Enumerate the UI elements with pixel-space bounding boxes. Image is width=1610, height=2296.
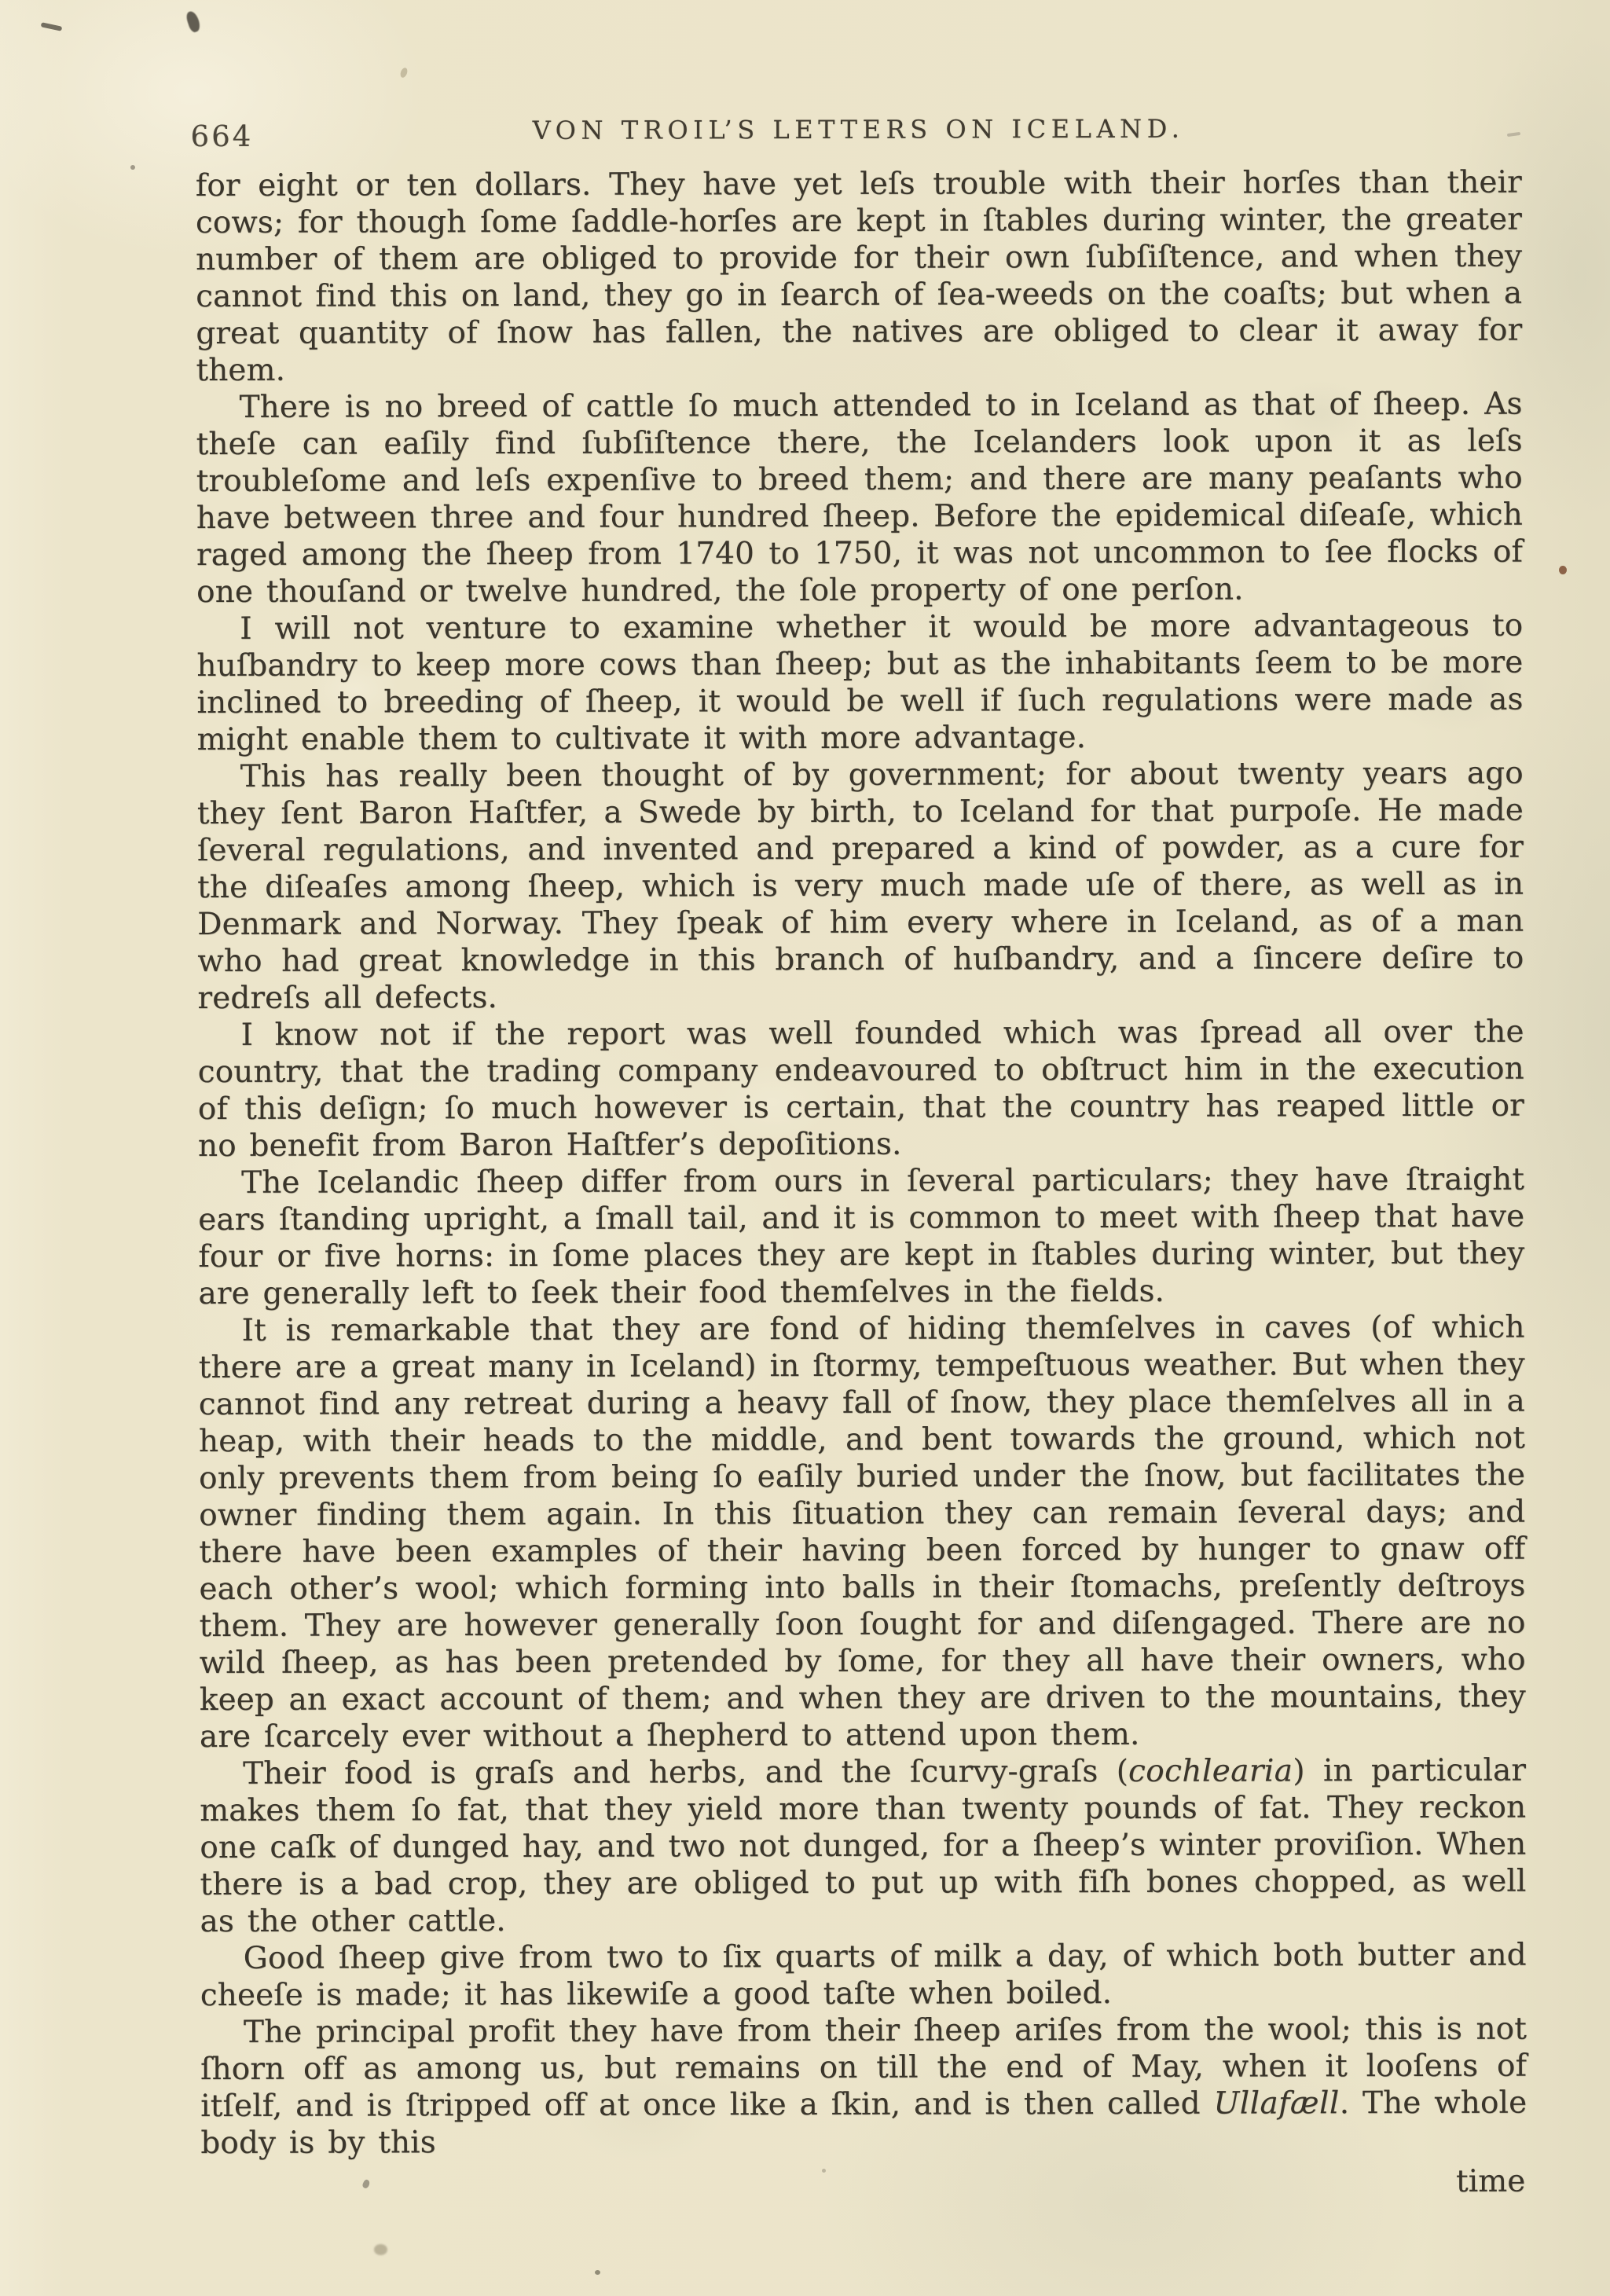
text-run: Their food is graſs and herbs, and the ſ… [243,1754,1128,1792]
paragraph: The principal profit they have from thei… [200,2011,1527,2162]
text-run: It is remarkable that they are fond of h… [199,1310,1526,1755]
paragraph: There is no breed of cattle ſo much atte… [196,386,1523,611]
text-run: This has really been thought of by gover… [197,756,1524,1016]
paragraph: for eight or ten dollars. They have yet … [196,164,1523,389]
text-run: I know not if the report was well founde… [198,1014,1524,1164]
text-block: for eight or ten dollars. They have yet … [196,164,1527,2203]
paragraph: This has really been thought of by gover… [197,755,1524,1017]
text-run: for eight or ten dollars. They have yet … [196,165,1523,388]
catchword: time [200,2163,1527,2203]
running-title: VON TROIL’S LETTERS ON ICELAND. [196,113,1522,146]
page-number: 664 [191,119,254,153]
paragraph: The Icelandic ſheep differ from ours in … [198,1161,1524,1312]
text-run: Good ſheep give from two to ſix quarts o… [200,1938,1527,2013]
paragraph: Good ſheep give from two to ſix quarts o… [200,1937,1527,2014]
book-page: 664 VON TROIL’S LETTERS ON ICELAND. for … [0,0,1610,2296]
paragraph: Their food is graſs and herbs, and the ſ… [200,1752,1527,1940]
italic-text-run: Ullafæll [1213,2085,1339,2121]
text-run: There is no breed of cattle ſo much atte… [196,387,1523,610]
text-run: I will not venture to examine whether it… [196,608,1523,757]
running-header: 664 VON TROIL’S LETTERS ON ICELAND. [196,113,1522,156]
scan-content: 664 VON TROIL’S LETTERS ON ICELAND. for … [0,0,1610,2296]
paragraph: I know not if the report was well founde… [198,1014,1524,1165]
paragraph: I will not venture to examine whether it… [196,607,1523,758]
text-run: The Icelandic ſheep differ from ours in … [198,1162,1524,1311]
paragraph: It is remarkable that they are fond of h… [199,1309,1526,1755]
italic-text-run: cochlearia [1128,1753,1293,1789]
